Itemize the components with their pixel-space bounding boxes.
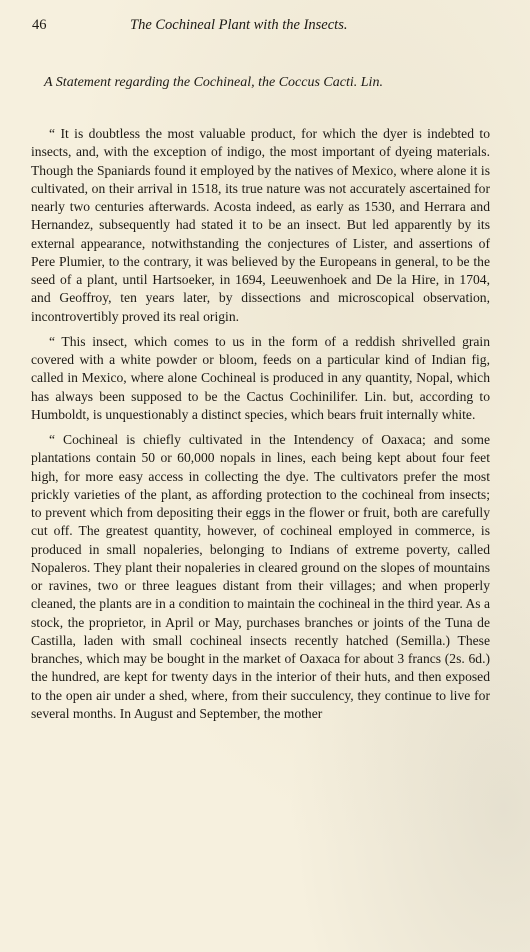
paragraph: “ It is doubtless the most valuable prod… xyxy=(31,125,490,326)
section-subtitle: A Statement regarding the Cochineal, the… xyxy=(44,75,383,91)
paragraph: “ Cochineal is chiefly cultivated in the… xyxy=(31,431,490,723)
running-title: The Cochineal Plant with the Insects. xyxy=(130,17,347,34)
page-number: 46 xyxy=(32,17,47,34)
paragraph: “ This insect, which comes to us in the … xyxy=(31,333,490,424)
body-text: “ It is doubtless the most valuable prod… xyxy=(31,125,490,730)
book-page: 46 The Cochineal Plant with the Insects.… xyxy=(0,0,530,952)
running-header: 46 The Cochineal Plant with the Insects. xyxy=(32,17,490,37)
